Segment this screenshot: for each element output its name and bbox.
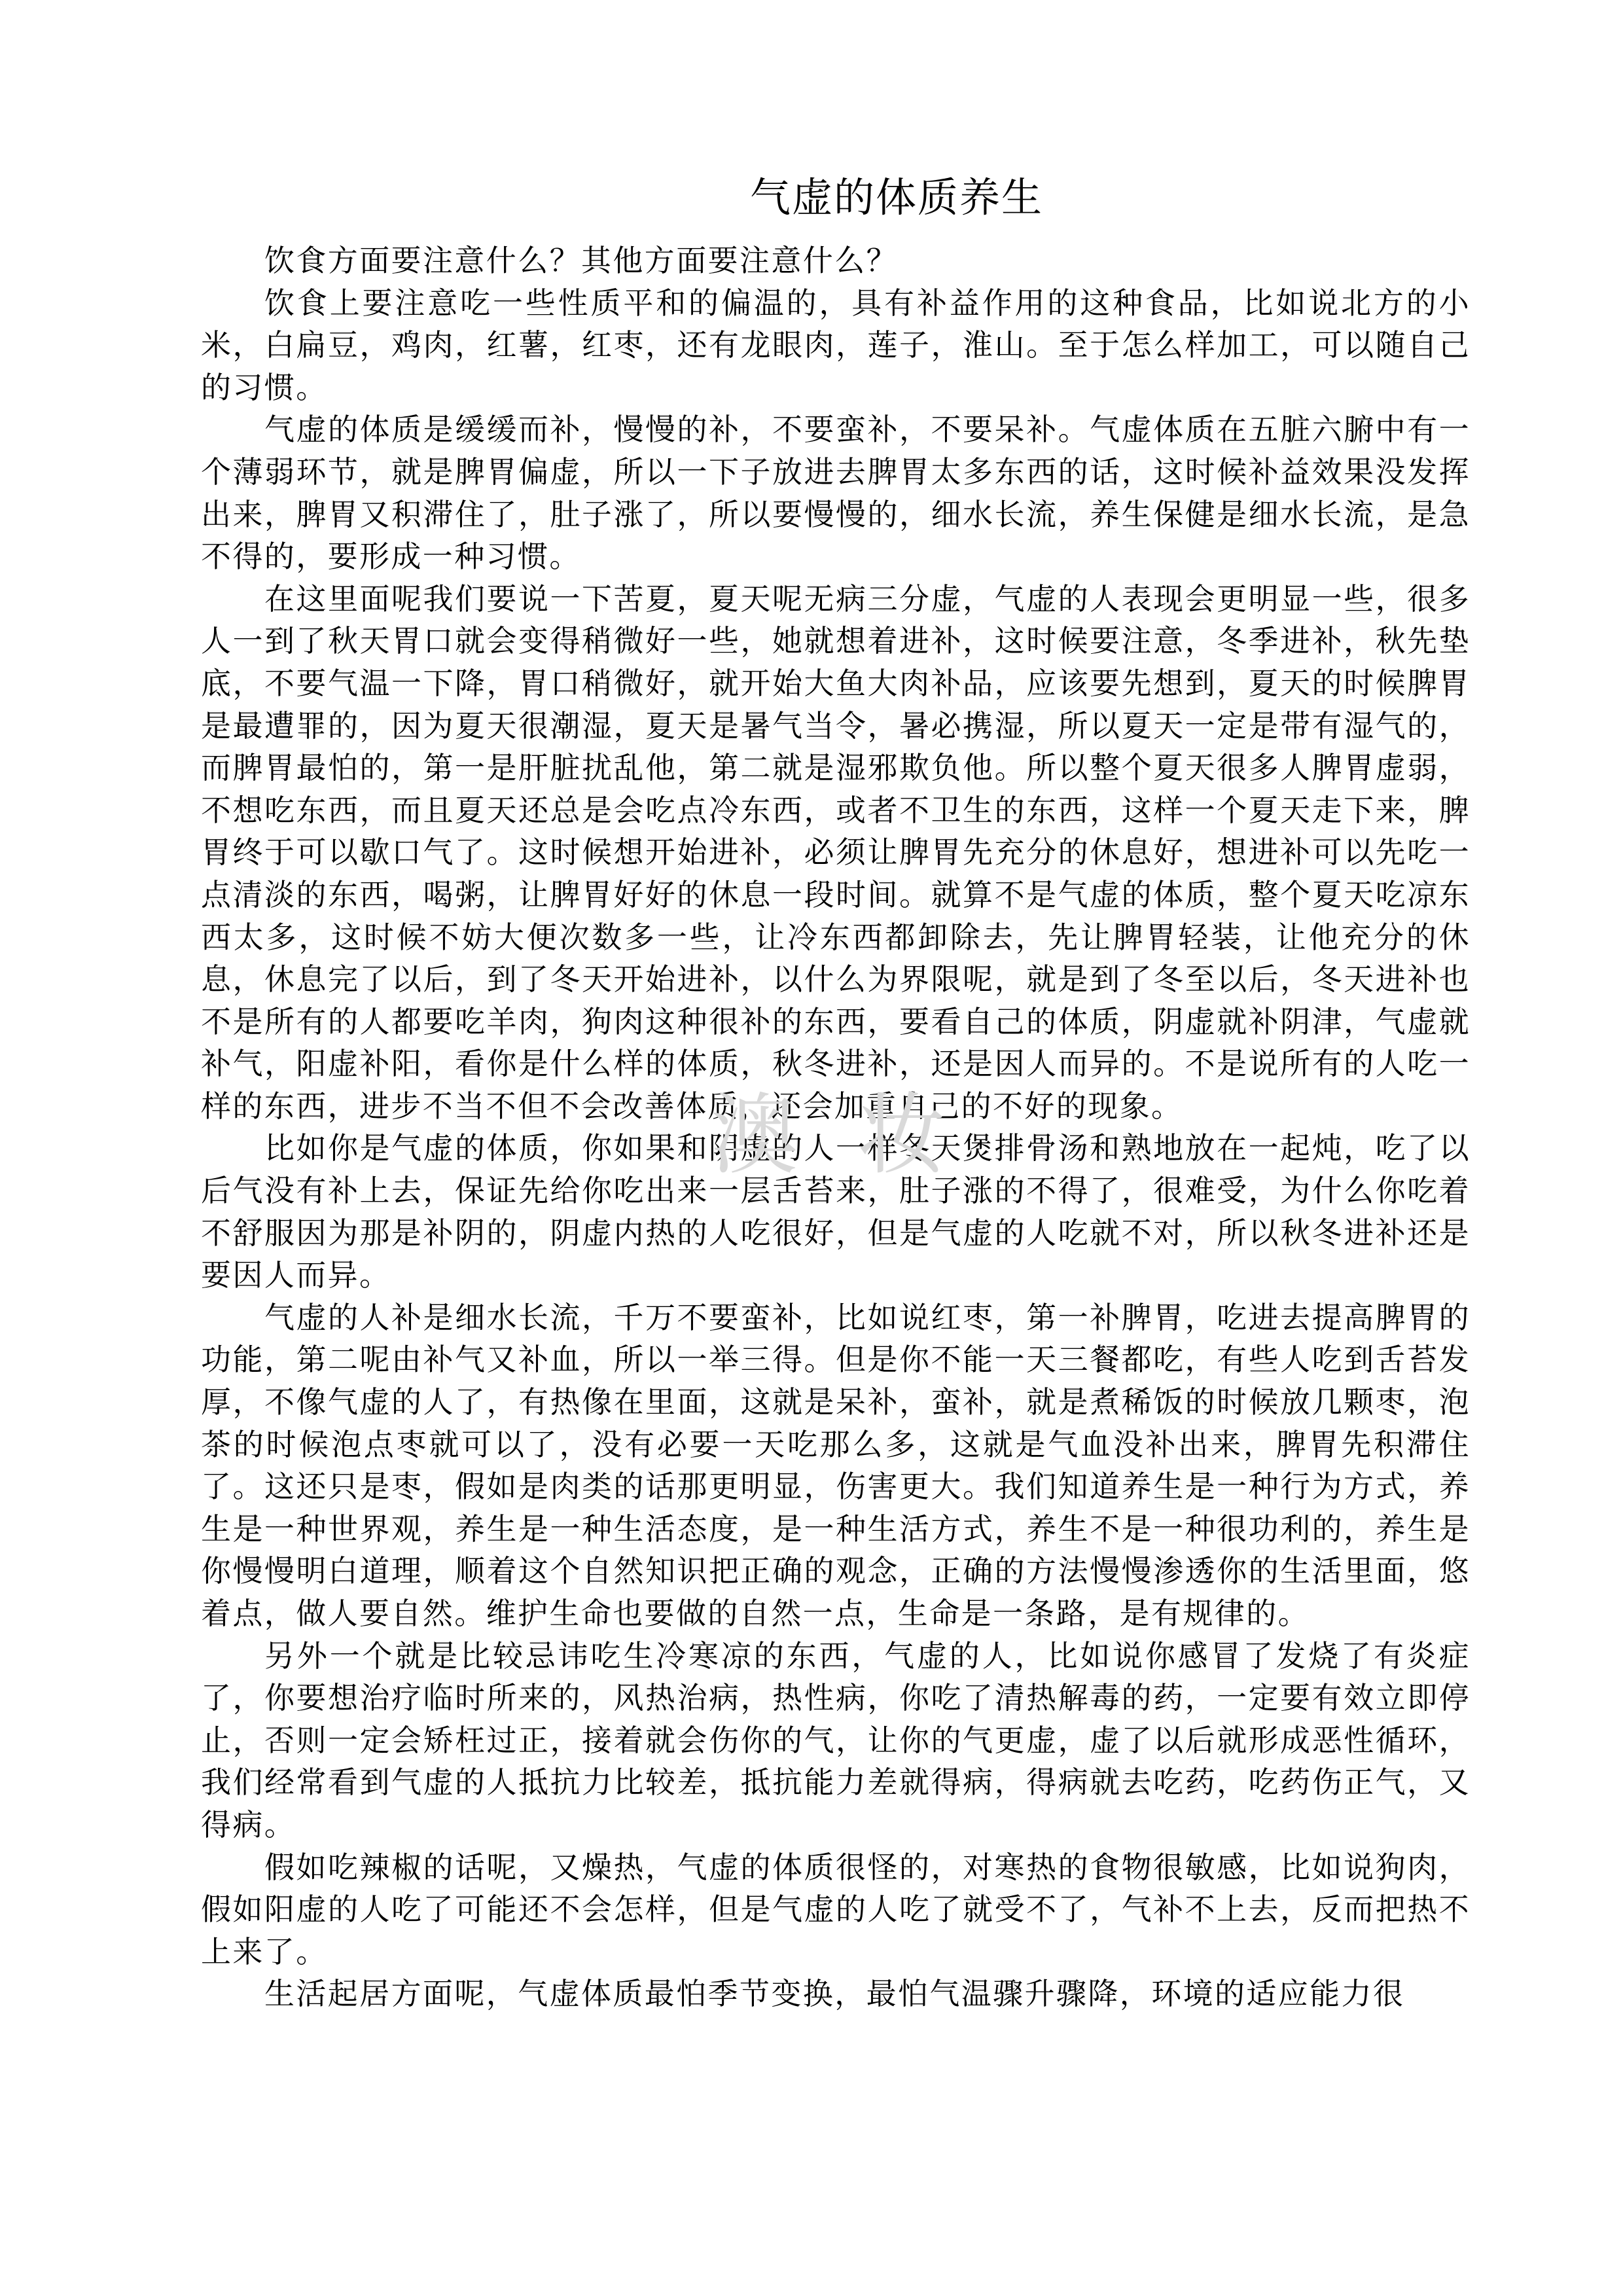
paragraph-summer-autumn: 在这里面呢我们要说一下苦夏，夏天呢无病三分虚，气虚的人表现会更明显一些，很多人一…	[201, 578, 1471, 1128]
paragraph-lifestyle: 生活起居方面呢，气虚体质最怕季节变换，最怕气温骤升骤降，环境的适应能力很	[201, 1973, 1471, 2015]
document-body: 饮食方面要注意什么？其他方面要注意什么？ 饮食上要注意吃一些性质平和的偏温的，具…	[201, 240, 1471, 2015]
paragraph-intro-question: 饮食方面要注意什么？其他方面要注意什么？	[201, 240, 1471, 282]
document-page: 气虚的体质养生 饮食方面要注意什么？其他方面要注意什么？ 饮食上要注意吃一些性质…	[0, 0, 1623, 2296]
paragraph-diet-foods: 饮食上要注意吃一些性质平和的偏温的，具有补益作用的这种食品，比如说北方的小米，白…	[201, 282, 1471, 409]
paragraph-slow-nourishing: 气虚的体质是缓缓而补，慢慢的补，不要蛮补，不要呆补。气虚体质在五脏六腑中有一个薄…	[201, 408, 1471, 577]
paragraph-spicy-foods: 假如吃辣椒的话呢，又燥热，气虚的体质很怪的，对寒热的食物很敏感，比如说狗肉，假如…	[201, 1846, 1471, 1973]
paragraph-yin-deficiency-example: 比如你是气虚的体质，你如果和阴虚的人一样冬天煲排骨汤和熟地放在一起炖，吃了以后气…	[201, 1127, 1471, 1296]
paragraph-red-dates: 气虚的人补是细水长流，千万不要蛮补，比如说红枣，第一补脾胃，吃进去提高脾胃的功能…	[201, 1297, 1471, 1635]
paragraph-cold-foods: 另外一个就是比较忌讳吃生冷寒凉的东西，气虚的人，比如说你感冒了发烧了有炎症了，你…	[201, 1635, 1471, 1846]
document-title: 气虚的体质养生	[0, 171, 1623, 224]
